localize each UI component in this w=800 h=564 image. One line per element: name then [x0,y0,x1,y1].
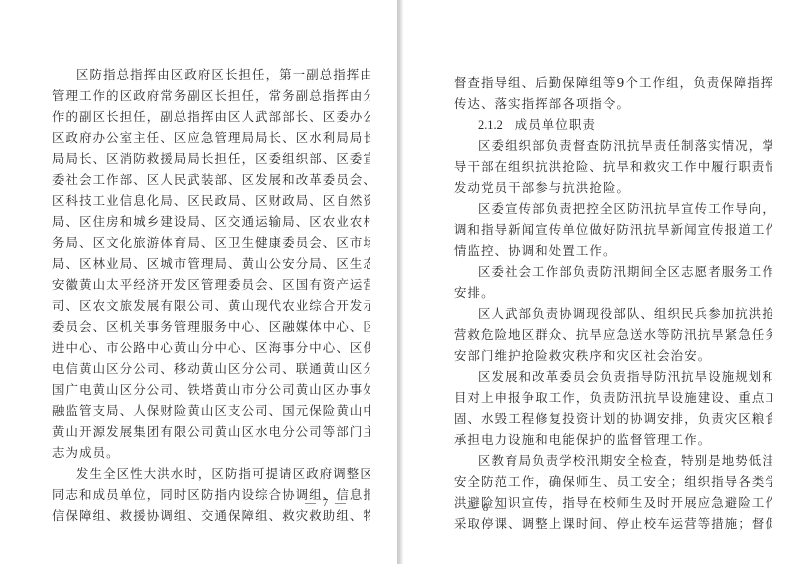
text-line: 管理工作的区政府常务副区长担任，常务副总指挥由分管水利工 [52,85,370,106]
text-line: 区委组织部负责督查防汛抗旱责任制落实情况，掌握党政领 [454,135,772,156]
text-line: 司、区农文旅发展有限公司、黄山现代农业综合开发示范区管理 [52,295,370,316]
text-line: 区委社会工作部负责防汛期间全区志愿者服务工作的统筹 [454,261,772,282]
page-7: 区防指总指挥由区政府区长担任，第一副总指挥由分管应急 管理工作的区政府常务副区长… [0,0,397,564]
page-number: — 8 — [465,502,508,514]
text-line: 区发展和改革委员会负责指导防汛抗旱设施规划和建设项 [454,366,772,387]
text-line: 安排。 [454,282,772,303]
text-line: 志为成员。 [52,442,370,463]
text-line: 安全防范工作，确保师生、员工安全；组织指导各类学校加强防 [454,471,772,492]
page-number: — 7 — [305,497,348,509]
text-line: 区教育局负责学校汛期安全检查，特别是地势低洼学校汛期 [454,450,772,471]
text-line: 督查指导组、后勤保障组等9个工作组，负责保障指挥部运行， [454,72,772,93]
text-line: 局、区住房和城乡建设局、区交通运输局、区农业农村局、区商 [52,211,370,232]
text-line: 委员会、区机关事务管理服务中心、区融媒体中心、区茶产业促 [52,316,370,337]
page-8-body: 督查指导组、后勤保障组等9个工作组，负责保障指挥部运行， 传达、落实指挥部各项指… [454,72,772,534]
text-line: 融监管支局、人保财险黄山区支公司、国元保险黄山中心支公司、 [52,400,370,421]
text-line: 区人武部负责协调现役部队、组织民兵参加抗洪抢险、转移 [454,303,772,324]
text-line: 安徽黄山太平经济开发区管理委员会、区国有资产运营有限公 [52,274,370,295]
text-line: 委社会工作部、区人民武装部、区发展和改革委员会、区教育局、 [52,169,370,190]
text-line: 区政府办公室主任、区应急管理局局长、区水利局局长、区气象 [52,127,370,148]
text-line: 区防指总指挥由区政府区长担任，第一副总指挥由分管应急 [52,64,370,85]
text-line: 局、区林业局、区城市管理局、黄山公安分局、区生态环境分局、 [52,253,370,274]
text-line: 营救危险地区群众、抗旱应急送水等防汛抗旱紧急任务；协助公 [454,324,772,345]
text-line: 安部门维护抢险救灾秩序和灾区社会治安。 [454,345,772,366]
text-line: 区科技工业信息化局、区民政局、区财政局、区自然资源和规划 [52,190,370,211]
document-spread: 区防指总指挥由区政府区长担任，第一副总指挥由分管应急 管理工作的区政府常务副区长… [0,0,800,564]
text-line: 务局、区文化旅游体育局、区卫生健康委员会、区市场监督管理 [52,232,370,253]
text-line: 导干部在组织抗洪抢险、抗旱和救灾工作中履行职责情况；组织 [454,156,772,177]
text-line: 作的副区长担任，副总指挥由区人武部部长、区委办公室主任、 [52,106,370,127]
text-line: 黄山开源发展集团有限公司黄山区水电分公司等部门主要负责同 [52,421,370,442]
section-number: 2.1.2 [478,118,503,132]
text-line: 承担电力设施和电能保护的监督管理工作。 [454,429,772,450]
text-line: 调和指导新闻宣传单位做好防汛抗旱新闻宣传报道工作；做好舆 [454,219,772,240]
text-line: 区委宣传部负责把控全区防汛抗旱宣传工作导向，组织、协 [454,198,772,219]
page-7-body: 区防指总指挥由区政府区长担任，第一副总指挥由分管应急 管理工作的区政府常务副区长… [52,64,370,526]
text-line: 传达、落实指挥部各项指令。 [454,93,772,114]
section-title: 成员单位职责 [515,117,596,132]
text-line: 电信黄山区分公司、移动黄山区分公司、联通黄山区分公司、中 [52,358,370,379]
section-heading: 2.1.2成员单位职责 [454,114,772,135]
text-line: 局局长、区消防救援局局长担任，区委组织部、区委宣传部、区 [52,148,370,169]
text-line: 发动党员干部参与抗洪抢险。 [454,177,772,198]
text-line: 目对上申报争取工作，负责防汛抗旱设施建设、重点工程除险加 [454,387,772,408]
text-line: 固、水毁工程修复投资计划的协调安排，负责灾区粮食保障供应； [454,408,772,429]
text-line: 国广电黄山区分公司、铁塔黄山市分公司黄山区办事处、黄山金 [52,379,370,400]
text-line: 发生全区性大洪水时，区防指可提请区政府调整区防指负责 [52,463,370,484]
text-line: 进中心、市公路中心黄山分中心、区海事分中心、区供电公司、 [52,337,370,358]
text-line: 采取停课、调整上课时间、停止校车运营等措施；督促指导受灾 [454,513,772,534]
text-line: 情监控、协调和处置工作。 [454,240,772,261]
